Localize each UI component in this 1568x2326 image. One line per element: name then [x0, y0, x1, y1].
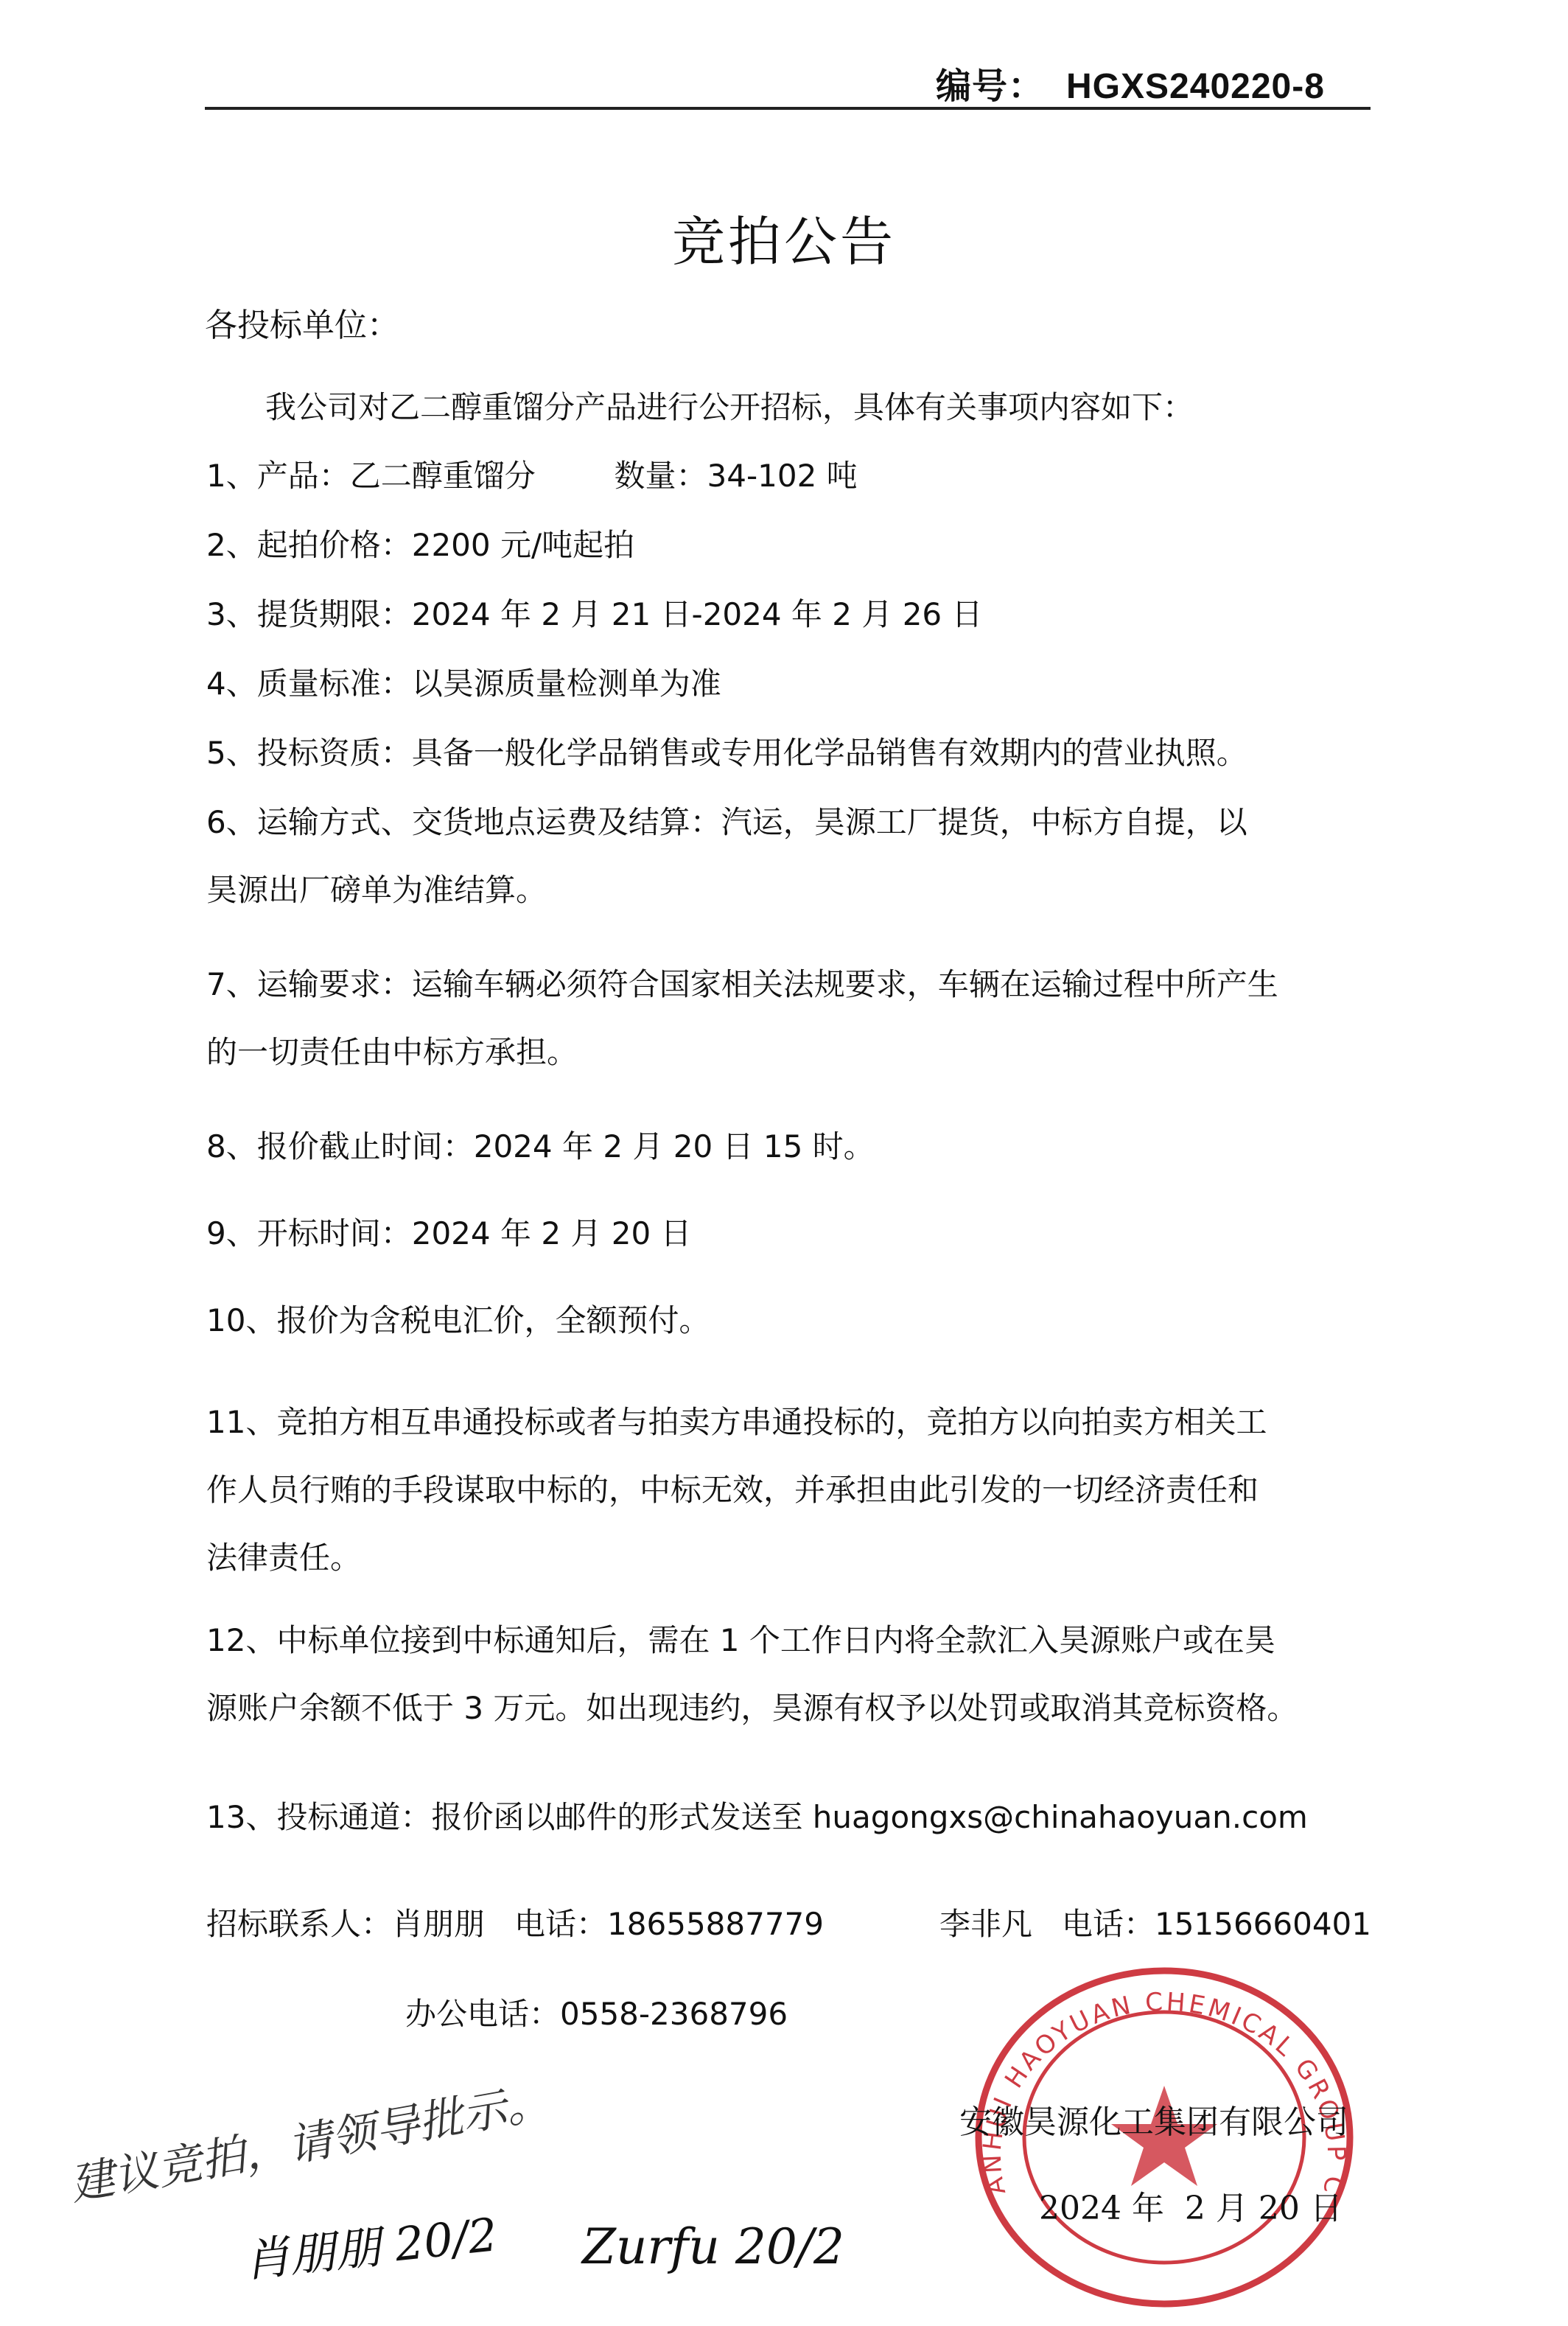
- list-item: 2、起拍价格：2200 元/吨起拍: [206, 511, 1385, 579]
- contact-primary: 招标联系人：肖朋朋 电话：18655887779: [206, 1900, 824, 1944]
- list-item: 8、报价截止时间：2024 年 2 月 20 日 15 时。: [206, 1113, 1385, 1181]
- list-item: 12、中标单位接到中标通知后，需在 1 个工作日内将全款汇入昊源账户或在昊源账户…: [206, 1607, 1385, 1742]
- list-item: 3、提货期限：2024 年 2 月 21 日-2024 年 2 月 26 日: [206, 581, 1385, 649]
- signature-date: 2024 年 2 月 20 日: [1039, 2182, 1343, 2229]
- list-item: 4、质量标准：以昊源质量检测单为准: [206, 650, 1385, 718]
- header-rule: [205, 107, 1371, 110]
- salutation: 各投标单位：: [205, 298, 399, 346]
- list-item: 11、竞拍方相互串通投标或者与拍卖方串通投标的，竞拍方以向拍卖方相关工作人员行贿…: [206, 1389, 1385, 1592]
- intro-paragraph: 我公司对乙二醇重馏分产品进行公开招标，具体有关事项内容如下：: [265, 383, 1194, 427]
- company-name: 安徽昊源化工集团有限公司: [959, 2095, 1348, 2142]
- list-item: 6、运输方式、交货地点运费及结算：汽运，昊源工厂提货，中标方自提，以昊源出厂磅单…: [206, 789, 1385, 924]
- list-item: 9、开标时间：2024 年 2 月 20 日: [206, 1200, 1385, 1268]
- document-number: 编号：HGXS240220-8: [936, 57, 1325, 108]
- list-item: 13、投标通道：报价函以邮件的形式发送至 huagongxs@chinahaoy…: [206, 1784, 1385, 1851]
- page-title: 竞拍公告: [0, 199, 1568, 276]
- contact-secondary: 李非凡 电话：15156660401: [939, 1900, 1371, 1944]
- list-item: 5、投标资质：具备一般化学品销售或专用化学品销售有效期内的营业执照。: [206, 719, 1385, 787]
- document-number-value: HGXS240220-8: [1066, 67, 1325, 106]
- list-item: 7、运输要求：运输车辆必须符合国家相关法规要求，车辆在运输过程中所产生的一切责任…: [206, 951, 1385, 1086]
- list-item: 10、报价为含税电汇价，全额预付。: [206, 1287, 1385, 1355]
- office-phone: 办公电话：0558-2368796: [405, 1990, 788, 2034]
- handwritten-signature: 肖朋朋 20/2: [240, 2198, 500, 2290]
- document-number-label: 编号：: [936, 67, 1044, 106]
- list-item: 1、产品：乙二醇重馏分 数量：34-102 吨: [206, 442, 1385, 510]
- handwritten-signature: Zurfu 20/2: [582, 2218, 844, 2275]
- handwritten-note: 建议竞拍，请领导批示。: [65, 2066, 555, 2213]
